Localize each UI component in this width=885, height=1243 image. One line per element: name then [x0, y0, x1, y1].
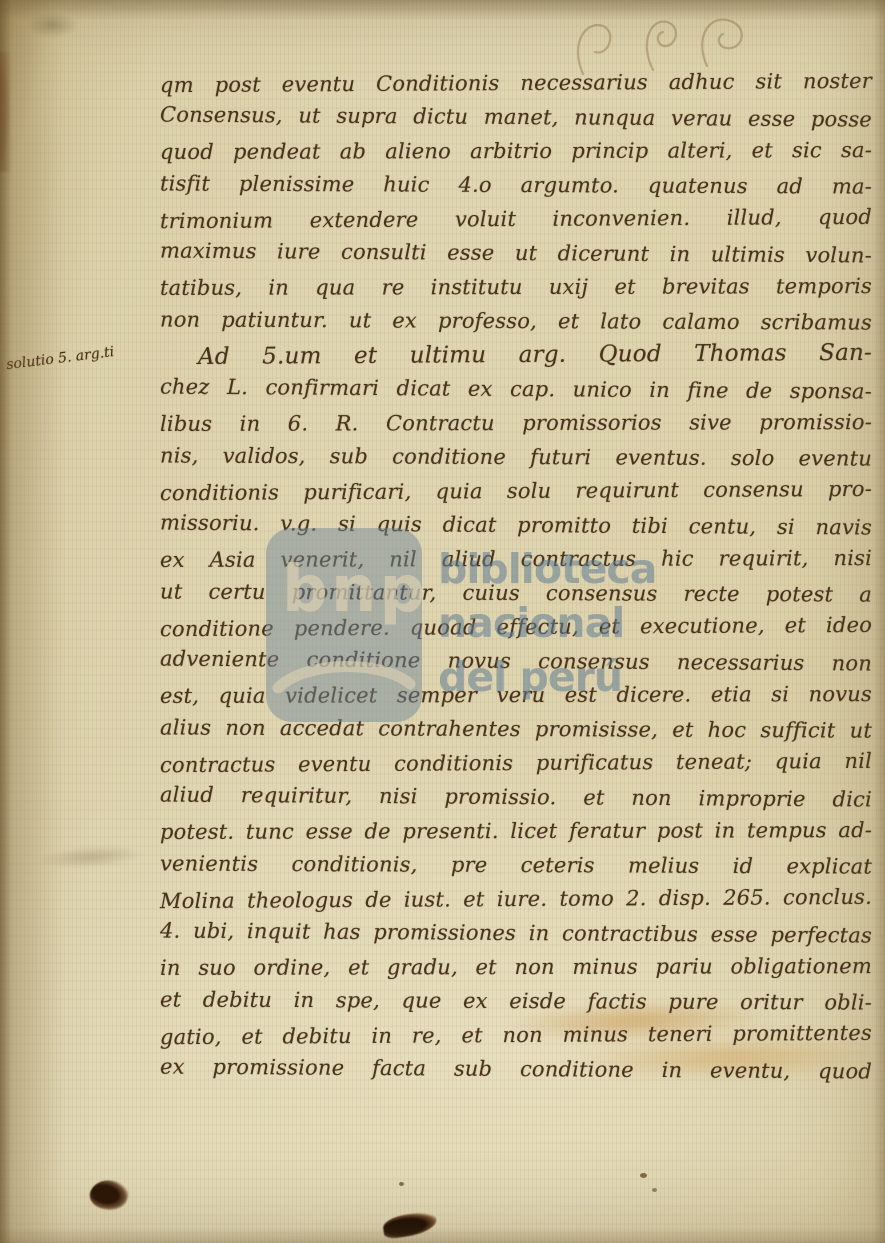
margin-note: solutio 5. arg.ti	[5, 343, 124, 373]
ink-speck	[640, 1173, 647, 1178]
manuscript-line: in suo ordine, et gradu, et non minus pa…	[160, 949, 872, 985]
manuscript-line: Molina theologus de iust. et iure. tomo …	[160, 880, 872, 918]
manuscript-line: potest. tunc esse de presenti. licet fer…	[160, 813, 872, 849]
manuscript-page: solutio 5. arg.ti qm post eventu Conditi…	[0, 0, 885, 1243]
ink-blot	[382, 1210, 439, 1239]
manuscript-line: Ad 5.um et ultimu arg. Quod Thomas San-	[160, 336, 872, 374]
manuscript-line: chez L. confirmari dicat ex cap. unico i…	[160, 370, 872, 409]
manuscript-line: et debitu in spe, que ex eisde factis pu…	[160, 982, 872, 1019]
ink-speck	[652, 1188, 657, 1192]
manuscript-line: libus in 6. R. Contractu promissorios si…	[160, 405, 872, 441]
manuscript-line: contractus eventu conditionis purificatu…	[160, 744, 872, 782]
manuscript-line: conditione pendere. quoad effectu, et ex…	[160, 608, 872, 646]
ink-speck	[399, 1182, 404, 1186]
manuscript-line: ut certu promittantur, cuius consensus r…	[160, 574, 872, 611]
manuscript-line: ex promissione facta sub conditione in e…	[160, 1050, 872, 1089]
manuscript-line: nis, validos, sub conditione futuri even…	[160, 438, 872, 475]
manuscript-line: 4. ubi, inquit has promissiones in contr…	[160, 914, 872, 953]
manuscript-text-block: qm post eventu Conditionis necessarius a…	[160, 66, 872, 1086]
manuscript-line: missoriu. v.g. si quis dicat promitto ti…	[160, 506, 872, 545]
manuscript-line: conditionis purificari, quia solu requir…	[160, 472, 872, 510]
manuscript-line: adveniente conditione novus consensus ne…	[160, 642, 872, 681]
edge-stain	[0, 52, 12, 172]
manuscript-line: alius non accedat contrahentes promisiss…	[160, 710, 872, 747]
manuscript-line: trimonium extendere voluit inconvenien. …	[160, 200, 872, 238]
manuscript-line: tisfit plenissime huic 4.o argumto. quat…	[160, 166, 872, 203]
manuscript-line: tatibus, in qua re institutu uxij et bre…	[160, 269, 872, 305]
manuscript-line: venientis conditionis, pre ceteris meliu…	[160, 846, 872, 883]
manuscript-line: gatio, et debitu in re, et non minus ten…	[160, 1016, 872, 1054]
manuscript-line: qm post eventu Conditionis necessarius a…	[160, 64, 872, 102]
manuscript-line: aliud requiritur, nisi promissio. et non…	[160, 778, 872, 817]
manuscript-line: maximus iure consulti esse ut dicerunt i…	[160, 234, 872, 273]
show-through-mark	[35, 842, 146, 872]
manuscript-line: ex Asia venerit, nil aliud contractus hi…	[160, 541, 872, 577]
manuscript-line: Consensus, ut supra dictu manet, nunqua …	[160, 98, 872, 137]
ink-blot	[87, 1176, 130, 1213]
manuscript-line: est, quia videlicet semper veru est dice…	[160, 677, 872, 713]
manuscript-line: quod pendeat ab alieno arbitrio princip …	[160, 133, 872, 169]
folio-smudge	[26, 12, 78, 38]
manuscript-line: non patiuntur. ut ex professo, et lato c…	[160, 302, 872, 339]
